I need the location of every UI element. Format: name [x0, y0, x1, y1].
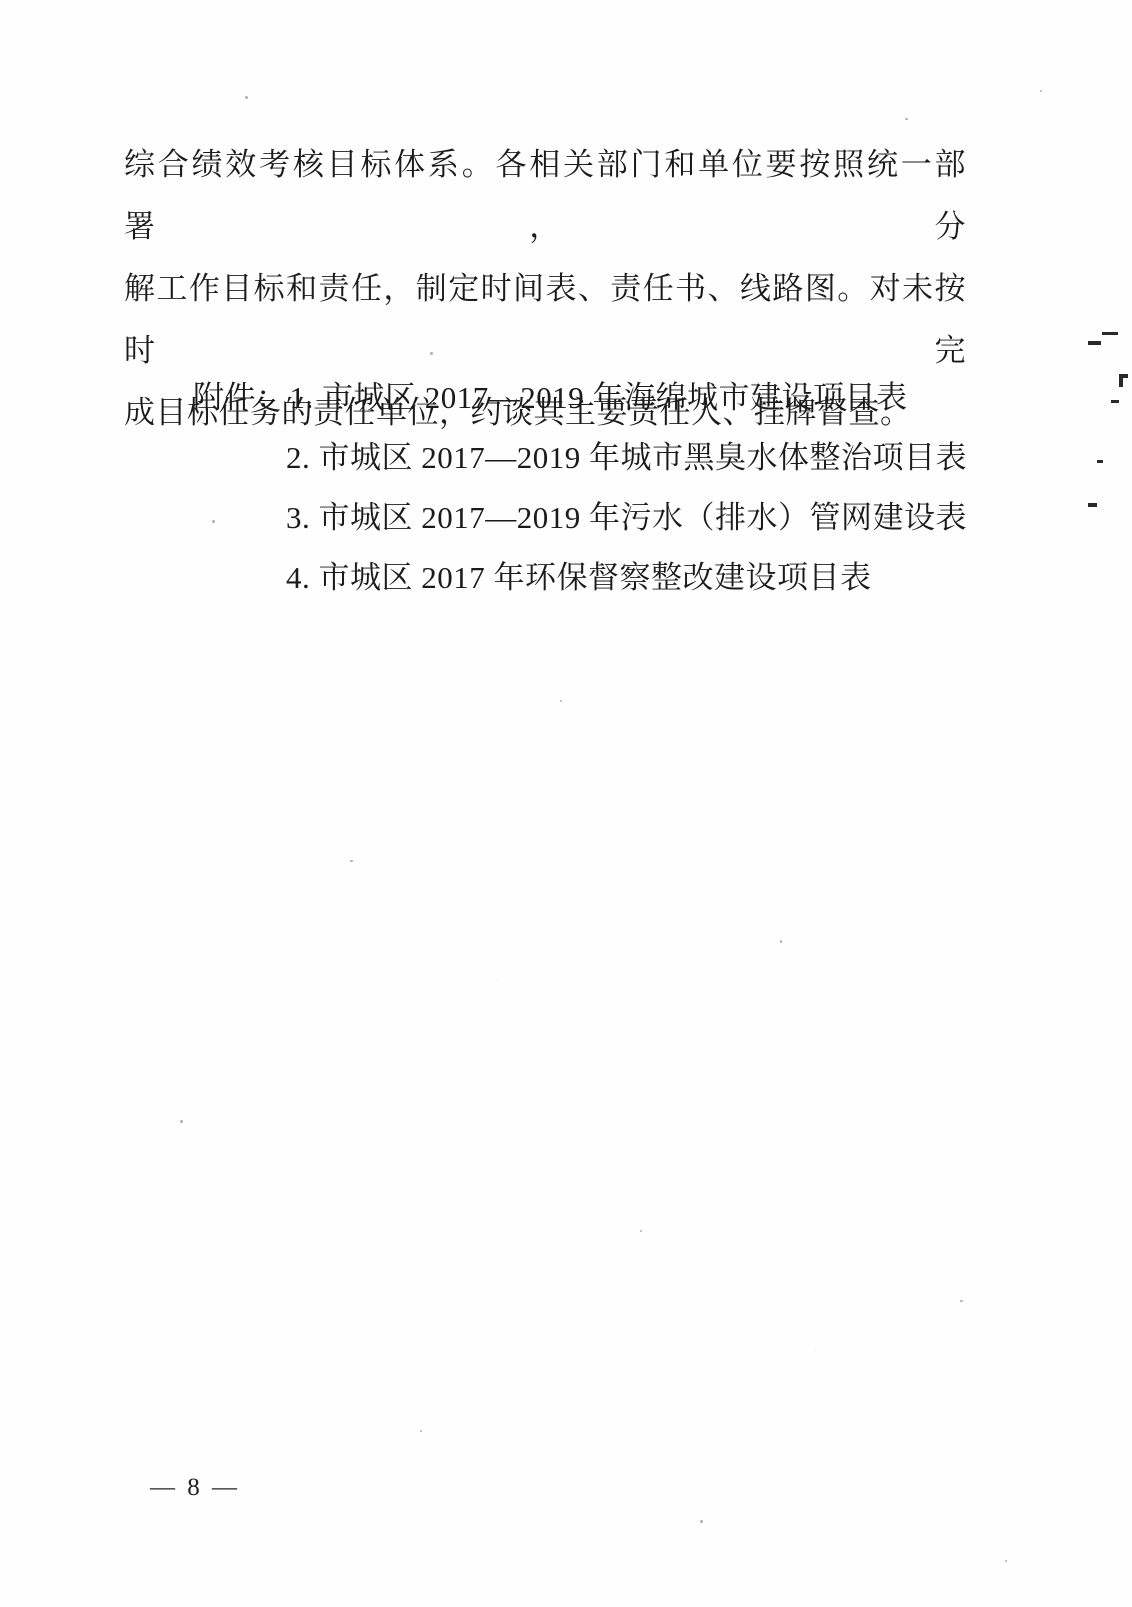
paragraph-line-2: 解工作目标和责任，制定时间表、责任书、线路图。对未按时完 — [124, 258, 966, 382]
scan-artifact — [1097, 460, 1103, 463]
attachment-item-4: 4. 市城区 2017 年环保督察整改建设项目表 — [193, 548, 967, 608]
scan-speck — [180, 1120, 183, 1123]
attachment-item-1: 1. 市城区 2017—2019 年海绵城市建设项目表 — [290, 380, 908, 415]
scan-speck — [905, 118, 908, 120]
document-page: 综合绩效考核目标体系。各相关部门和单位要按照统一部署，分 解工作目标和责任，制定… — [0, 0, 1132, 1607]
scan-speck — [640, 1230, 642, 1232]
attachments-label: 附件： — [193, 380, 288, 415]
attachment-list: 附件：1. 市城区 2017—2019 年海绵城市建设项目表 2. 市城区 20… — [193, 368, 967, 608]
attachment-item-2: 2. 市城区 2017—2019 年城市黑臭水体整治项目表 — [193, 428, 967, 488]
scan-speck — [1040, 90, 1042, 92]
scan-speck — [420, 1430, 422, 1432]
attachment-item-3: 3. 市城区 2017—2019 年污水（排水）管网建设表 — [193, 488, 967, 548]
scan-speck — [245, 96, 248, 99]
scan-artifact — [1088, 341, 1101, 345]
scan-speck — [430, 352, 433, 355]
page-number: — 8 — — [150, 1474, 240, 1502]
scan-speck — [960, 1300, 963, 1302]
attachment-row-1: 附件：1. 市城区 2017—2019 年海绵城市建设项目表 — [193, 368, 967, 428]
scan-speck — [212, 520, 215, 523]
scan-speck — [350, 860, 353, 862]
scan-artifact — [1088, 503, 1097, 507]
scan-speck — [560, 700, 562, 702]
scan-speck — [1005, 1560, 1007, 1562]
scan-speck — [780, 940, 782, 943]
paragraph-line-1: 综合绩效考核目标体系。各相关部门和单位要按照统一部署，分 — [124, 134, 966, 258]
scan-speck — [700, 1520, 703, 1523]
scan-artifact — [1111, 400, 1119, 403]
scan-artifact — [1121, 374, 1128, 378]
scan-artifact — [1102, 332, 1118, 335]
